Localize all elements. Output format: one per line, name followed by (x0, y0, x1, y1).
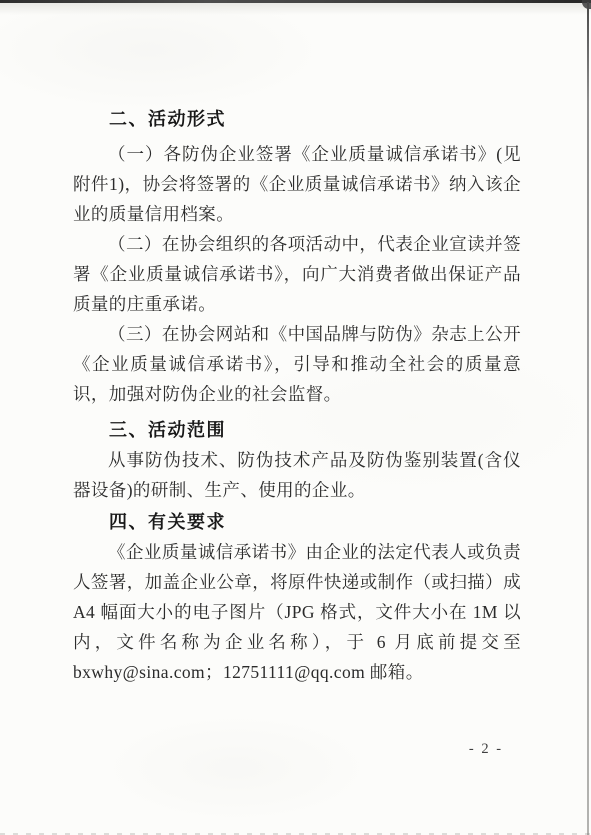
scan-edge-right (587, 2, 589, 835)
scan-edge-top-shadow (0, 3, 591, 15)
section-heading-activity-scope: 三、活动范围 (73, 415, 521, 445)
paragraph-requirements: 《企业质量诚信承诺书》由企业的法定代表人或负责人签署，加盖企业公章，将原件快递或… (73, 537, 521, 687)
section-heading-activity-format: 二、活动形式 (73, 104, 521, 134)
scanned-document-page: 二、活动形式 （一）各防伪企业签署《企业质量诚信承诺书》(见附件1)，协会将签署… (0, 0, 591, 835)
page-number: - 2 - (462, 741, 510, 758)
paragraph-item-2: （二）在协会组织的各项活动中，代表企业宣读并签署《企业质量诚信承诺书》，向广大消… (73, 229, 521, 319)
paragraph-item-3: （三）在协会网站和《中国品牌与防伪》杂志上公开《企业质量诚信承诺书》，引导和推动… (73, 319, 521, 409)
paragraph-scope: 从事防伪技术、防伪技术产品及防伪鉴别装置(含仪器设备)的研制、生产、使用的企业。 (73, 445, 521, 505)
document-body: 二、活动形式 （一）各防伪企业签署《企业质量诚信承诺书》(见附件1)，协会将签署… (73, 104, 521, 687)
section-heading-requirements: 四、有关要求 (73, 507, 521, 537)
paragraph-item-1: （一）各防伪企业签署《企业质量诚信承诺书》(见附件1)，协会将签署的《企业质量诚… (73, 139, 521, 229)
